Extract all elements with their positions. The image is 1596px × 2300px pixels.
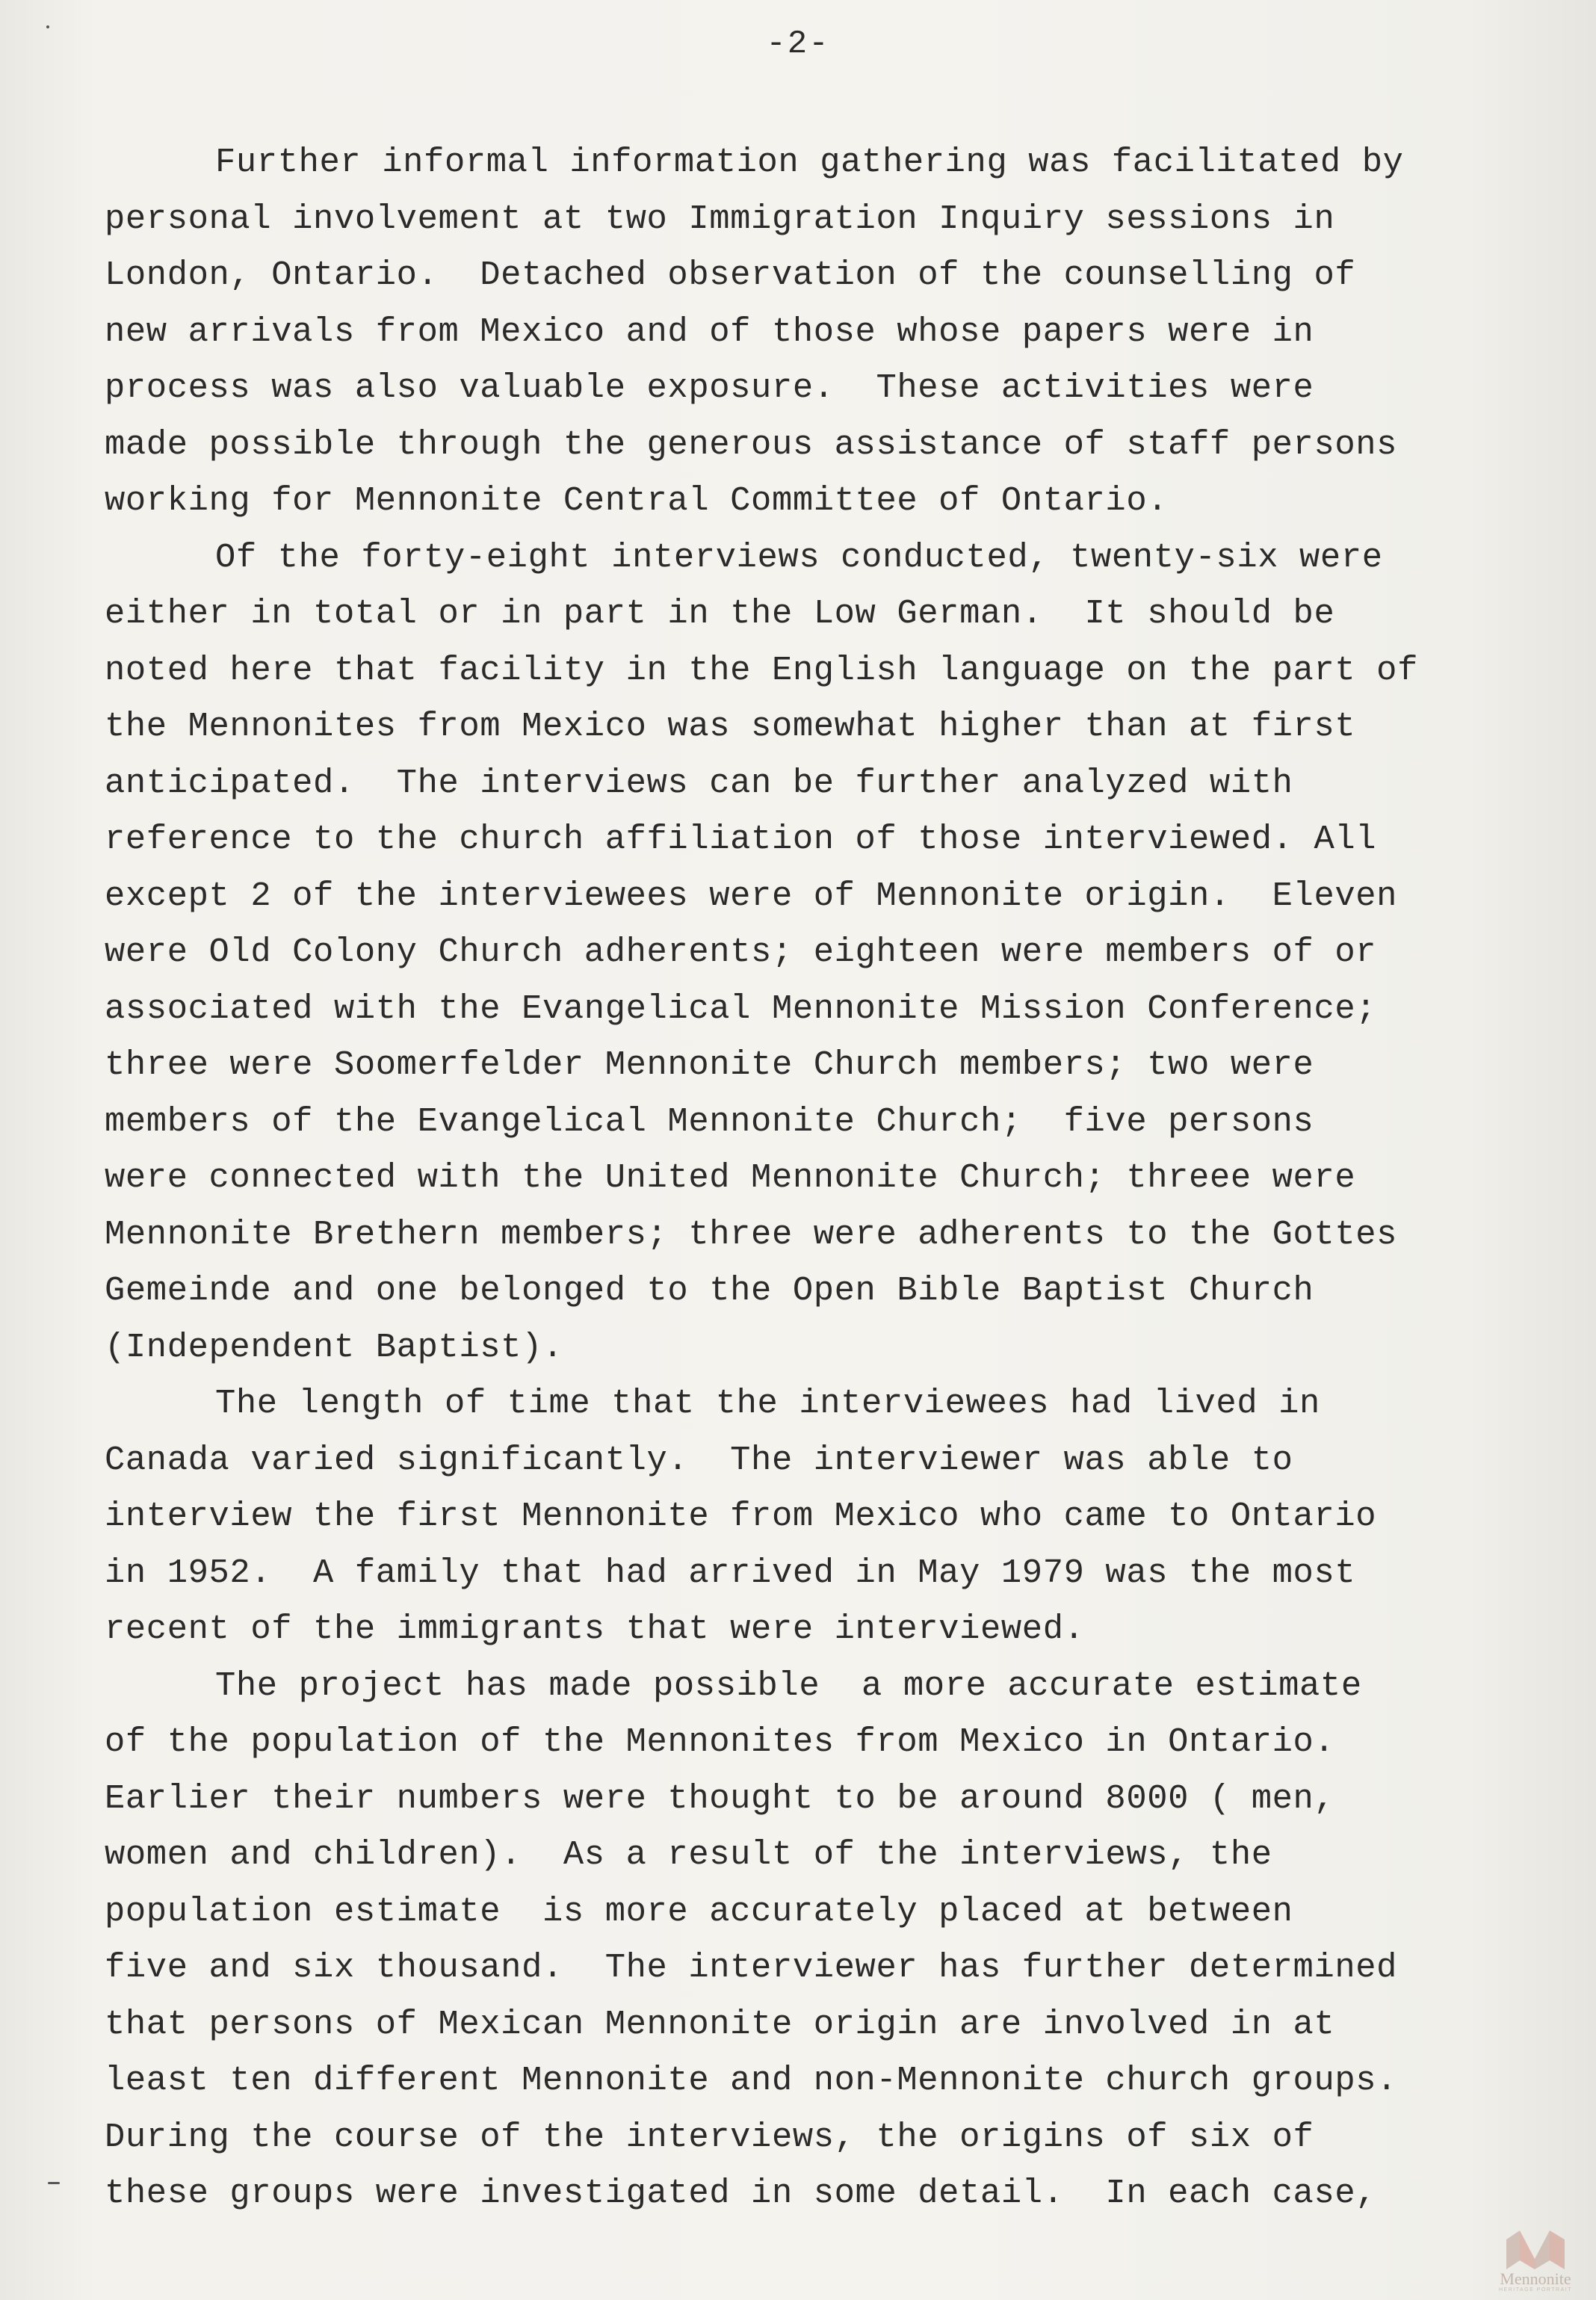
text-line: made possible through the generous assis… — [105, 417, 1539, 474]
watermark-subtitle: HERITAGE PORTRAIT — [1487, 2287, 1584, 2293]
mennonite-logo-icon — [1502, 2229, 1569, 2271]
text-line: these groups were investigated in some d… — [105, 2165, 1539, 2222]
stray-ink-dash — [48, 2182, 60, 2184]
text-line: the Mennonites from Mexico was somewhat … — [105, 699, 1539, 755]
text-line: interview the first Mennonite from Mexic… — [105, 1488, 1539, 1545]
text-line: personal involvement at two Immigration … — [105, 191, 1539, 248]
text-line: anticipated. The interviews can be furth… — [105, 755, 1539, 812]
text-line: least ten different Mennonite and non-Me… — [105, 2053, 1539, 2109]
text-line: Gemeinde and one belonged to the Open Bi… — [105, 1263, 1539, 1320]
text-line: process was also valuable exposure. Thes… — [105, 360, 1539, 417]
text-line: recent of the immigrants that were inter… — [105, 1601, 1539, 1658]
text-line: of the population of the Mennonites from… — [105, 1714, 1539, 1771]
text-line: were Old Colony Church adherents; eighte… — [105, 924, 1539, 981]
text-line: population estimate is more accurately p… — [105, 1884, 1539, 1941]
page-number: -2- — [0, 25, 1596, 63]
text-line: London, Ontario. Detached observation of… — [105, 247, 1539, 304]
text-line: were connected with the United Mennonite… — [105, 1150, 1539, 1207]
text-line: Canada varied significantly. The intervi… — [105, 1432, 1539, 1489]
text-line: noted here that facility in the English … — [105, 643, 1539, 699]
text-line: Earlier their numbers were thought to be… — [105, 1771, 1539, 1828]
paragraph: Further informal information gathering w… — [105, 135, 1539, 530]
text-line: The project has made possible a more acc… — [105, 1658, 1539, 1715]
text-line: except 2 of the interviewees were of Men… — [105, 868, 1539, 925]
text-line: members of the Evangelical Mennonite Chu… — [105, 1094, 1539, 1151]
text-line: During the course of the interviews, the… — [105, 2109, 1539, 2166]
paragraph: The project has made possible a more acc… — [105, 1658, 1539, 2222]
text-line: in 1952. A family that had arrived in Ma… — [105, 1545, 1539, 1602]
text-line: Of the forty-eight interviews conducted,… — [105, 530, 1539, 587]
text-line: five and six thousand. The interviewer h… — [105, 1940, 1539, 1997]
document-body: Further informal information gathering w… — [105, 135, 1539, 2222]
paragraph: Of the forty-eight interviews conducted,… — [105, 530, 1539, 1376]
text-line: that persons of Mexican Mennonite origin… — [105, 1997, 1539, 2053]
text-line: Mennonite Brethern members; three were a… — [105, 1207, 1539, 1264]
scanned-page: -2- Further informal information gatheri… — [0, 0, 1596, 2300]
text-line: (Independent Baptist). — [105, 1320, 1539, 1376]
text-line: women and children). As a result of the … — [105, 1827, 1539, 1884]
text-line: Further informal information gathering w… — [105, 135, 1539, 191]
text-line: working for Mennonite Central Committee … — [105, 473, 1539, 530]
watermark-logo: Mennonite HERITAGE PORTRAIT — [1487, 2229, 1584, 2293]
paragraph: The length of time that the interviewees… — [105, 1376, 1539, 1658]
text-line: three were Soomerfelder Mennonite Church… — [105, 1037, 1539, 1094]
text-line: either in total or in part in the Low Ge… — [105, 586, 1539, 643]
text-line: new arrivals from Mexico and of those wh… — [105, 304, 1539, 361]
text-line: The length of time that the interviewees… — [105, 1376, 1539, 1432]
text-line: associated with the Evangelical Mennonit… — [105, 981, 1539, 1038]
watermark-name: Mennonite — [1487, 2271, 1584, 2287]
text-line: reference to the church affiliation of t… — [105, 812, 1539, 868]
